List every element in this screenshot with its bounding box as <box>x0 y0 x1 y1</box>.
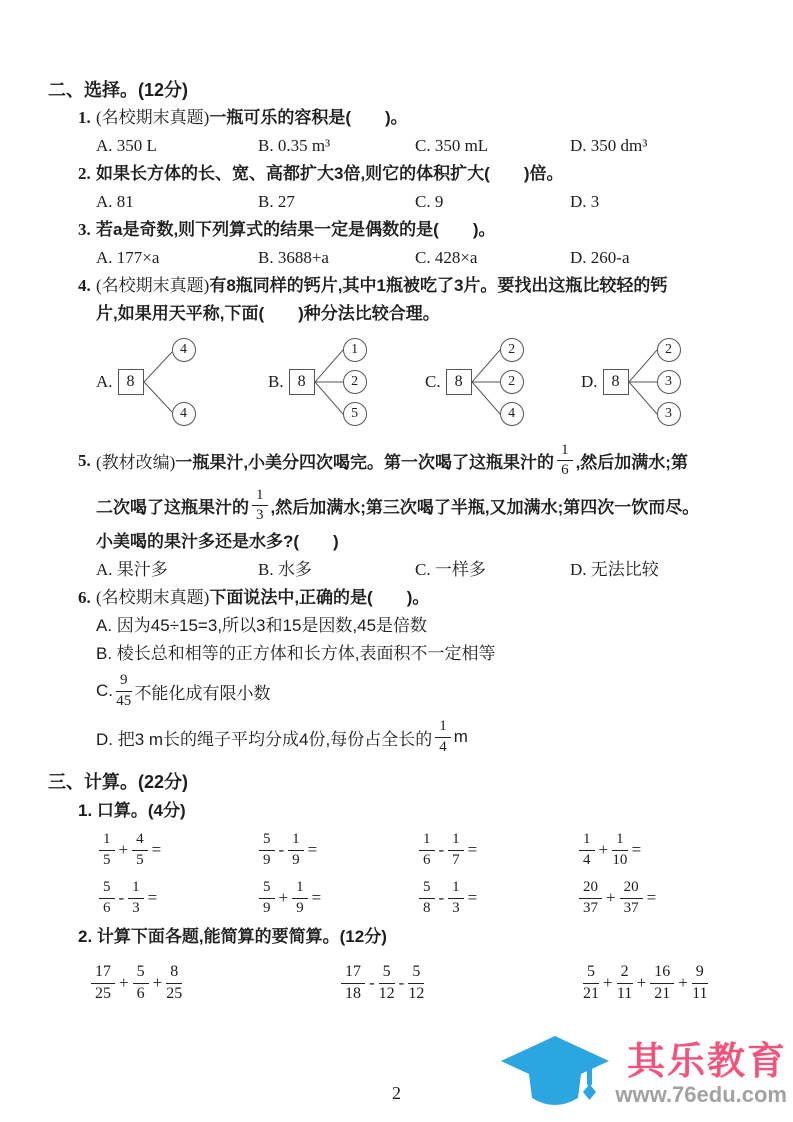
oral-calc-title: 1. 口算。(4分) <box>78 796 760 826</box>
equals-sign: = <box>468 840 478 860</box>
fraction-numerator: 1 <box>252 487 268 506</box>
question-2-stem: 2.如果长方体的长、宽、高都扩大3倍,则它的体积扩大( )倍。 <box>96 160 760 188</box>
question-5-stem-line2: 二次喝了这瓶果汁的13,然后加满水;第三次喝了半瓶,又加满水;第四次一饮而尽。 <box>96 483 760 528</box>
fraction-numerator: 5 <box>259 879 275 898</box>
operator: - <box>369 973 375 993</box>
fraction-numerator: 5 <box>379 963 395 983</box>
diagram-option-c: C. 8 2 2 4 <box>425 338 581 426</box>
option-b: B. 0.35 m³ <box>258 132 415 160</box>
diagram-c-box: 8 <box>446 369 472 395</box>
section-calc-heading: 三、计算。(22分) <box>48 768 760 796</box>
fraction-numerator: 1 <box>448 831 464 850</box>
fraction-numerator: 1 <box>612 831 628 850</box>
question-5-tag: (教材改编) <box>96 448 175 473</box>
fraction-numerator: 5 <box>99 879 115 898</box>
circle-value: 4 <box>172 338 196 362</box>
fraction-denominator: 5 <box>99 851 115 869</box>
option-b: B. 3688+a <box>258 244 415 272</box>
fraction-numerator: 2 <box>617 963 633 983</box>
fraction: 19 <box>292 879 308 917</box>
question-6-option-d: D. 把3 m长的绳子平均分成4份,每份占全长的14m <box>96 714 760 760</box>
fraction: 58 <box>419 879 435 917</box>
math-problem: 1725+56+825 <box>88 963 338 1003</box>
question-2-number: 2. <box>78 160 91 188</box>
math-problem: 16-17= <box>416 831 576 869</box>
question-5: 5.(教材改编)一瓶果汁,小美分四次喝完。第一次喝了这瓶果汁的16,然后加满水;… <box>48 438 760 584</box>
circle-value: 1 <box>343 338 367 362</box>
simplify-calc-row: 1725+56+825 1718-512-512 521+211+1621+91… <box>88 952 760 1014</box>
fraction-denominator: 5 <box>132 851 148 869</box>
fraction-denominator: 45 <box>116 692 132 710</box>
option-c: C. 350 mL <box>415 132 570 160</box>
diagram-d-box: 8 <box>603 369 629 395</box>
fraction: 512 <box>379 963 395 1003</box>
question-1-number: 1. <box>78 104 91 132</box>
equals-sign: = <box>152 840 162 860</box>
brand-name: 其乐教育 <box>627 1041 787 1083</box>
circle-value: 3 <box>657 402 681 426</box>
operator: - <box>439 840 445 860</box>
question-1-options: A. 350 L B. 0.35 m³ C. 350 mL D. 350 dm³ <box>96 132 760 160</box>
math-problem: 59+19= <box>256 879 416 917</box>
brand-text-block: 其乐教育 www.76edu.com <box>615 1041 787 1107</box>
fraction: 2037 <box>579 879 602 917</box>
diagram-a-circles: 4 4 <box>172 338 196 426</box>
equals-sign: = <box>647 888 657 908</box>
option-c: C. 一样多 <box>415 556 570 584</box>
question-5-text-1b: ,然后加满水;第 <box>576 448 688 473</box>
option-b: B. 27 <box>258 188 415 216</box>
fraction: 59 <box>259 831 275 869</box>
fraction-denominator: 11 <box>692 984 708 1003</box>
fraction: 19 <box>288 831 304 869</box>
fraction: 14 <box>579 831 595 869</box>
equals-sign: = <box>148 888 158 908</box>
question-5-stem-line1: 5.(教材改编)一瓶果汁,小美分四次喝完。第一次喝了这瓶果汁的16,然后加满水;… <box>96 438 760 483</box>
question-6-tag: (名校期末真题) <box>96 588 209 607</box>
fraction: 15 <box>99 831 115 869</box>
fraction-numerator: 5 <box>583 963 599 983</box>
question-6-number: 6. <box>78 584 91 612</box>
question-1-stem: 1.(名校期末真题)一瓶可乐的容积是( )。 <box>96 104 760 132</box>
fraction: 17 <box>448 831 464 869</box>
fraction-numerator: 1 <box>419 831 435 850</box>
diagram-a-label: A. <box>96 372 113 392</box>
fraction-numerator: 8 <box>166 963 182 983</box>
operator: - <box>399 973 405 993</box>
fraction-numerator: 5 <box>408 963 424 983</box>
fraction-denominator: 3 <box>128 899 144 917</box>
fraction-denominator: 3 <box>252 506 268 524</box>
question-6-option-a: A. 因为45÷15=3,所以3和15是因数,45是倍数 <box>96 612 760 640</box>
operator: - <box>439 888 445 908</box>
fraction-denominator: 6 <box>419 851 435 869</box>
simplify-calc-title: 2. 计算下面各题,能简算的要简算。(12分) <box>78 922 760 952</box>
option-b: B. 水多 <box>258 556 415 584</box>
fraction-denominator: 6 <box>557 461 573 479</box>
fraction-numerator: 4 <box>132 831 148 850</box>
question-5-number: 5. <box>78 451 91 471</box>
question-4-stem-line2: 片,如果用天平称,下面( )种分法比较合理。 <box>96 300 760 328</box>
fraction: 1621 <box>650 963 674 1003</box>
fraction-numerator: 1 <box>448 879 464 898</box>
diagram-b-label: B. <box>268 372 284 392</box>
fraction-numerator: 1 <box>99 831 115 850</box>
question-3-stem: 3.若a是奇数,则下列算式的结果一定是偶数的是( )。 <box>96 216 760 244</box>
fraction-numerator: 17 <box>91 963 115 983</box>
graduation-cap-icon <box>499 1034 611 1114</box>
fraction-denominator: 12 <box>379 984 395 1003</box>
fraction-denominator: 7 <box>448 851 464 869</box>
fraction-denominator: 11 <box>617 984 633 1003</box>
option-d: D. 无法比较 <box>570 556 760 584</box>
option-a: A. 果汁多 <box>96 556 258 584</box>
fraction-numerator: 5 <box>259 831 275 850</box>
fraction-numerator: 1 <box>288 831 304 850</box>
question-5-options: A. 果汁多 B. 水多 C. 一样多 D. 无法比较 <box>96 556 760 584</box>
diagram-option-d: D. 8 2 3 3 <box>581 338 681 426</box>
option-a: A. 81 <box>96 188 258 216</box>
fraction-denominator: 6 <box>133 984 149 1003</box>
branch-lines <box>472 338 500 426</box>
math-problem: 59-19= <box>256 831 416 869</box>
option-a: A. 177×a <box>96 244 258 272</box>
math-problem: 1718-512-512 <box>338 963 538 1003</box>
fraction: 1718 <box>341 963 365 1003</box>
question-5-text-1a: 一瓶果汁,小美分四次喝完。第一次喝了这瓶果汁的 <box>175 448 554 473</box>
fraction: 825 <box>166 963 182 1003</box>
question-4-text-line1: 有8瓶同样的钙片,其中1瓶被吃了3片。要找出这瓶比较轻的钙 <box>209 276 667 295</box>
fraction-denominator: 6 <box>99 899 115 917</box>
question-2-options: A. 81 B. 27 C. 9 D. 3 <box>96 188 760 216</box>
brand-url: www.76edu.com <box>615 1083 787 1107</box>
math-problem: 15+45= <box>96 831 256 869</box>
fraction: 13 <box>128 879 144 917</box>
worksheet-page: { "colors": { "logo_blue": "#2ca6e0", "l… <box>0 0 793 1122</box>
option-d-prefix: D. 把3 m长的绳子平均分成4份,每份占全长的 <box>96 725 432 750</box>
question-4-stem-line1: 4.(名校期末真题)有8瓶同样的钙片,其中1瓶被吃了3片。要找出这瓶比较轻的钙 <box>96 272 760 300</box>
fraction-numerator: 1 <box>579 831 595 850</box>
fraction: 13 <box>448 879 464 917</box>
option-d-suffix: m <box>454 727 468 747</box>
equals-sign: = <box>632 840 642 860</box>
question-6-option-b: B. 棱长总和相等的正方体和长方体,表面积不一定相等 <box>96 640 760 668</box>
circle-value: 4 <box>500 402 524 426</box>
fraction-denominator: 21 <box>650 984 674 1003</box>
fraction-denominator: 9 <box>259 899 275 917</box>
diagram-b-box: 8 <box>289 369 315 395</box>
circle-value: 2 <box>500 338 524 362</box>
question-4: 4.(名校期末真题)有8瓶同样的钙片,其中1瓶被吃了3片。要找出这瓶比较轻的钙 … <box>48 272 760 328</box>
question-1-tag: (名校期末真题) <box>96 108 209 127</box>
fraction: 512 <box>408 963 424 1003</box>
question-3-options: A. 177×a B. 3688+a C. 428×a D. 260-a <box>96 244 760 272</box>
diagram-c-circles: 2 2 4 <box>500 338 524 426</box>
question-6-text: 下面说法中,正确的是( )。 <box>209 588 429 607</box>
fraction: 13 <box>252 487 268 525</box>
diagram-option-b: B. 8 1 2 5 <box>268 338 425 426</box>
operator: + <box>678 973 688 993</box>
question-4-tag: (名校期末真题) <box>96 276 209 295</box>
operator: + <box>599 840 609 860</box>
circle-value: 4 <box>172 402 196 426</box>
fraction-numerator: 1 <box>435 718 451 737</box>
fraction-numerator: 9 <box>692 963 708 983</box>
operator: - <box>119 888 125 908</box>
circle-value: 5 <box>343 402 367 426</box>
option-d: D. 260-a <box>570 244 760 272</box>
operator: + <box>153 973 163 993</box>
diagram-c-label: C. <box>425 372 441 392</box>
question-4-diagrams: A. 8 4 4 B. 8 1 2 5 C. 8 2 2 4 <box>96 334 760 430</box>
circle-value: 2 <box>343 370 367 394</box>
fraction-numerator: 9 <box>116 672 132 691</box>
diagram-d-label: D. <box>581 372 598 392</box>
option-c: C. 9 <box>415 188 570 216</box>
fraction: 45 <box>132 831 148 869</box>
fraction-denominator: 25 <box>91 984 115 1003</box>
fraction-denominator: 37 <box>579 899 602 917</box>
fraction: 211 <box>617 963 633 1003</box>
fraction-numerator: 17 <box>341 963 365 983</box>
question-6-option-c: C.945不能化成有限小数 <box>96 668 760 714</box>
option-c-prefix: C. <box>96 681 113 701</box>
option-c-text: 不能化成有限小数 <box>135 679 271 704</box>
question-3-text: 若a是奇数,则下列算式的结果一定是偶数的是( )。 <box>96 220 496 239</box>
fraction-denominator: 21 <box>583 984 599 1003</box>
fraction: 911 <box>692 963 708 1003</box>
fraction-numerator: 20 <box>579 879 602 898</box>
fraction-numerator: 1 <box>557 442 573 461</box>
math-problem: 521+211+1621+911 <box>580 963 711 1003</box>
fraction-numerator: 20 <box>620 879 643 898</box>
equals-sign: = <box>312 888 322 908</box>
math-problem: 58-13= <box>416 879 576 917</box>
question-4-number: 4. <box>78 272 91 300</box>
fraction-numerator: 1 <box>292 879 308 898</box>
diagram-a-box: 8 <box>118 369 144 395</box>
fraction-denominator: 12 <box>408 984 424 1003</box>
section-choice-heading: 二、选择。(12分) <box>48 76 760 104</box>
question-6: 6.(名校期末真题)下面说法中,正确的是( )。 A. 因为45÷15=3,所以… <box>48 584 760 760</box>
branch-lines <box>315 338 343 426</box>
fraction: 110 <box>612 831 628 869</box>
option-d: D. 3 <box>570 188 760 216</box>
operator: + <box>637 973 647 993</box>
fraction-numerator: 5 <box>419 879 435 898</box>
operator: - <box>279 840 285 860</box>
fraction-numerator: 5 <box>133 963 149 983</box>
math-problem: 2037+2037= <box>576 879 657 917</box>
fraction: 16 <box>557 442 573 480</box>
operator: + <box>603 973 613 993</box>
diagram-d-circles: 2 3 3 <box>657 338 681 426</box>
question-2: 2.如果长方体的长、宽、高都扩大3倍,则它的体积扩大( )倍。 A. 81 B.… <box>48 160 760 216</box>
option-d: D. 350 dm³ <box>570 132 760 160</box>
fraction-denominator: 9 <box>259 851 275 869</box>
branch-lines <box>144 338 172 426</box>
question-1: 1.(名校期末真题)一瓶可乐的容积是( )。 A. 350 L B. 0.35 … <box>48 104 760 160</box>
circle-value: 3 <box>657 370 681 394</box>
oral-calc-row-2: 56-13= 59+19= 58-13= 2037+2037= <box>96 874 760 922</box>
fraction-denominator: 9 <box>292 899 308 917</box>
fraction-denominator: 3 <box>448 899 464 917</box>
fraction-denominator: 18 <box>341 984 365 1003</box>
fraction-denominator: 10 <box>612 851 628 869</box>
branch-lines <box>629 338 657 426</box>
fraction-denominator: 4 <box>435 738 451 756</box>
fraction: 1725 <box>91 963 115 1003</box>
question-3: 3.若a是奇数,则下列算式的结果一定是偶数的是( )。 A. 177×a B. … <box>48 216 760 272</box>
option-c: C. 428×a <box>415 244 570 272</box>
question-6-stem: 6.(名校期末真题)下面说法中,正确的是( )。 <box>96 584 760 612</box>
equals-sign: = <box>308 840 318 860</box>
fraction-numerator: 16 <box>650 963 674 983</box>
operator: + <box>606 888 616 908</box>
fraction-denominator: 9 <box>288 851 304 869</box>
fraction: 945 <box>116 672 132 710</box>
question-3-number: 3. <box>78 216 91 244</box>
brand-logo: 其乐教育 www.76edu.com <box>499 1034 787 1114</box>
fraction-denominator: 25 <box>166 984 182 1003</box>
option-a: A. 350 L <box>96 132 258 160</box>
fraction-denominator: 37 <box>620 899 643 917</box>
fraction: 14 <box>435 718 451 756</box>
operator: + <box>279 888 289 908</box>
fraction: 56 <box>99 879 115 917</box>
operator: + <box>119 840 129 860</box>
fraction: 56 <box>133 963 149 1003</box>
fraction: 16 <box>419 831 435 869</box>
fraction-numerator: 1 <box>128 879 144 898</box>
math-problem: 56-13= <box>96 879 256 917</box>
operator: + <box>119 973 129 993</box>
question-1-text: 一瓶可乐的容积是( )。 <box>209 108 407 127</box>
question-5-text-2a: 二次喝了这瓶果汁的 <box>96 493 249 518</box>
fraction: 59 <box>259 879 275 917</box>
fraction-denominator: 4 <box>579 851 595 869</box>
diagram-option-a: A. 8 4 4 <box>96 338 268 426</box>
question-5-stem-line3: 小美喝的果汁多还是水多?( ) <box>96 528 760 556</box>
circle-value: 2 <box>500 370 524 394</box>
worksheet-content: 二、选择。(12分) 1.(名校期末真题)一瓶可乐的容积是( )。 A. 350… <box>48 76 760 1014</box>
equals-sign: = <box>468 888 478 908</box>
fraction: 2037 <box>620 879 643 917</box>
question-2-text: 如果长方体的长、宽、高都扩大3倍,则它的体积扩大( )倍。 <box>96 164 564 183</box>
circle-value: 2 <box>657 338 681 362</box>
diagram-b-circles: 1 2 5 <box>343 338 367 426</box>
question-5-text-2b: ,然后加满水;第三次喝了半瓶,又加满水;第四次一饮而尽。 <box>271 493 700 518</box>
oral-calc-row-1: 15+45= 59-19= 16-17= 14+110= <box>96 826 760 874</box>
fraction-denominator: 8 <box>419 899 435 917</box>
math-problem: 14+110= <box>576 831 642 869</box>
fraction: 521 <box>583 963 599 1003</box>
